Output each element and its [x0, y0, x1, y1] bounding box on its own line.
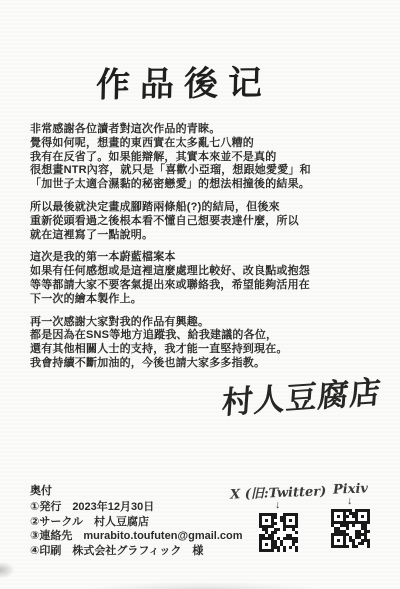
qr-code-pixiv [331, 509, 370, 548]
afterword-paragraph: 所以最後就決定畫成腳踏兩條船(?)的結局，但後來 重新從頭看過之後根本看不懂自己… [30, 201, 380, 242]
colophon-heading: 奥付 [30, 482, 260, 498]
colophon: 奥付 ①発行 2023年12月30日 ②サークル 村人豆腐店 ③連絡先 mura… [30, 482, 260, 558]
scan-smudge [0, 562, 14, 578]
colophon-printer: ④印刷 株式会社グラフィック 様 [30, 544, 260, 559]
pixiv-qr-block: Pixiv ↓ [315, 482, 385, 548]
scan-shadow [88, 582, 318, 589]
x-twitter-qr-block: X (旧:Twitter) ↓ [233, 482, 323, 552]
afterword-paragraph: 這次是我的第一本蔚藍檔案本 如果有任何感想或是這裡這麼處理比較好、改良點或抱怨 … [30, 251, 380, 306]
qr-code-x-twitter [259, 513, 298, 552]
colophon-publish-date: ①発行 2023年12月30日 [30, 500, 260, 515]
down-arrow-icon: ↓ [275, 501, 281, 511]
colophon-circle-name: ②サークル 村人豆腐店 [30, 515, 260, 530]
afterword-paragraph: 非常感謝各位讀者對這次作品的青睞。 覺得如何呢，想畫的東西實在太多亂七八糟的 我… [30, 123, 380, 192]
colophon-contact-email: ③連絡先 murabito.toufuten@gmail.com [30, 529, 260, 544]
down-arrow-icon: ↓ [347, 497, 353, 507]
afterword-body: 非常感謝各位讀者對這次作品的青睞。 覺得如何呢，想畫的東西實在太多亂七八糟的 我… [30, 123, 380, 380]
afterword-page: 作品後记 非常感謝各位讀者對這次作品的青睞。 覺得如何呢，想畫的東西實在太多亂七… [0, 0, 400, 589]
afterword-paragraph: 再一次感謝大家對我的作品有興趣。 都是因為在SNS等地方追蹤我、給我建議的各位，… [30, 316, 380, 371]
page-title: 作品後记 [95, 54, 316, 106]
